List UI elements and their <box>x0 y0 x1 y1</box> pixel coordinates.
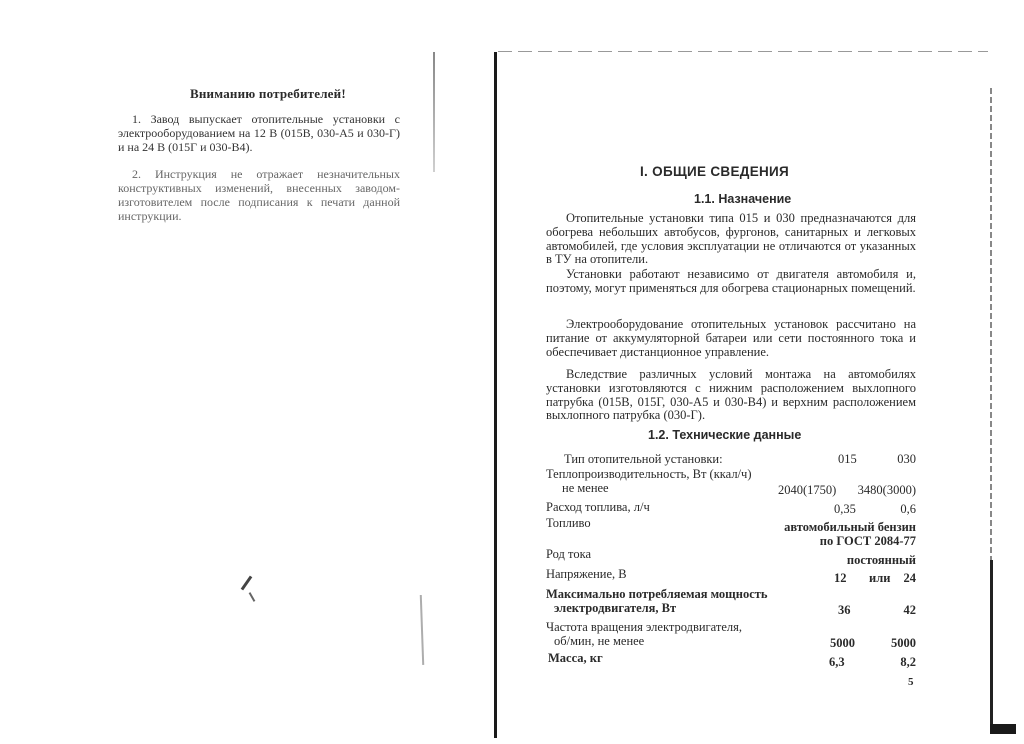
paragraph-text: 1. Завод выпускает отопительные установк… <box>118 112 400 154</box>
spec-label: Тип отопительной установки: <box>546 452 814 466</box>
spec-value-015: 36 <box>838 603 851 617</box>
spec-row-heat: Теплопроизводительность, Вт (ккал/ч) не … <box>546 467 916 497</box>
page-edge-left <box>494 52 497 738</box>
spec-row-rpm: Частота вращения электродвигателя, об/ми… <box>546 620 916 650</box>
body-paragraph: Установки работают независимо от двигате… <box>546 268 916 296</box>
spec-value-015: 6,3 <box>829 655 845 669</box>
spec-label: Топливо <box>546 516 796 530</box>
spec-value-030: 030 <box>897 452 916 466</box>
page-edge-right <box>990 560 993 730</box>
notice-paragraph-2: 2. Инструкция не отражает незначительных… <box>118 167 400 223</box>
paragraph-text: Электрооборудование отопительных установ… <box>546 317 916 359</box>
spec-row-power: Максимально потребляемая мощность электр… <box>546 587 916 617</box>
paragraph-text: Вследствие различных условий монтажа на … <box>546 367 916 422</box>
spec-value-030: 42 <box>904 603 917 617</box>
notice-title: Вниманию потребителей! <box>190 86 346 102</box>
paragraph-text: 2. Инструкция не отражает незначительных… <box>118 167 400 223</box>
subsection-title: 1.2. Технические данные <box>648 428 801 442</box>
spec-value: автомобильный бензин <box>784 520 916 534</box>
spec-row-fuel-rate: Расход топлива, л/ч 0,35 0,6 <box>546 500 916 516</box>
spec-value-030: 8,2 <box>900 655 916 669</box>
spec-row-current: Род тока постоянный <box>546 547 916 563</box>
spec-value-030: 0,6 <box>900 502 916 516</box>
spec-value: постоянный <box>847 553 916 567</box>
spec-value-015: 0,35 <box>834 502 856 516</box>
body-paragraph: Вследствие различных условий монтажа на … <box>546 368 916 423</box>
scan-artifact <box>990 724 1016 734</box>
spec-label: Масса, кг <box>546 651 798 665</box>
spec-label: не менее <box>546 481 812 495</box>
spec-label: Расход топлива, л/ч <box>546 500 796 514</box>
body-paragraph: Электрооборудование отопительных установ… <box>546 318 916 359</box>
spec-value-015: 12 <box>834 571 847 585</box>
notice-paragraph-1: 1. Завод выпускает отопительные установк… <box>118 112 400 154</box>
fold-line <box>433 52 435 172</box>
spec-value-030: 3480(3000) <box>858 483 916 497</box>
spec-value-015: 5000 <box>830 636 855 650</box>
spec-row-type: Тип отопительной установки: 015 030 <box>546 452 916 468</box>
subsection-title: 1.1. Назначение <box>694 192 791 206</box>
spec-value: по ГОСТ 2084-77 <box>820 534 916 548</box>
spec-value-015: 2040(1750) <box>778 483 836 497</box>
section-title: I. ОБЩИЕ СВЕДЕНИЯ <box>640 164 789 179</box>
scan-artifact <box>241 576 253 591</box>
spec-label: электродвигателя, Вт <box>546 601 804 615</box>
spec-label: об/мин, не менее <box>546 634 804 648</box>
spec-value-separator: или <box>869 571 890 585</box>
paragraph-text: Отопительные установки типа 015 и 030 пр… <box>546 211 916 266</box>
spec-label: Напряжение, В <box>546 567 796 581</box>
spec-value-030: 24 <box>904 571 917 585</box>
scan-artifact <box>249 592 256 602</box>
page-number: 5 <box>908 676 914 688</box>
fold-line <box>420 595 424 665</box>
spec-label: Теплопроизводительность, Вт (ккал/ч) <box>546 467 846 481</box>
spec-label: Максимально потребляемая мощность <box>546 587 846 601</box>
page-edge-top <box>498 51 988 52</box>
paragraph-text: Установки работают независимо от двигате… <box>546 267 916 295</box>
spec-label: Род тока <box>546 547 796 561</box>
body-paragraph: Отопительные установки типа 015 и 030 пр… <box>546 212 916 267</box>
spec-row-fuel: Топливо автомобильный бензин по ГОСТ 208… <box>546 516 916 548</box>
spec-value-030: 5000 <box>891 636 916 650</box>
spec-row-voltage: Напряжение, В 12 или 24 <box>546 567 916 583</box>
spec-label: Частота вращения электродвигателя, <box>546 620 846 634</box>
spec-row-mass: Масса, кг 6,3 8,2 <box>546 651 916 667</box>
spec-value-015: 015 <box>838 452 857 466</box>
